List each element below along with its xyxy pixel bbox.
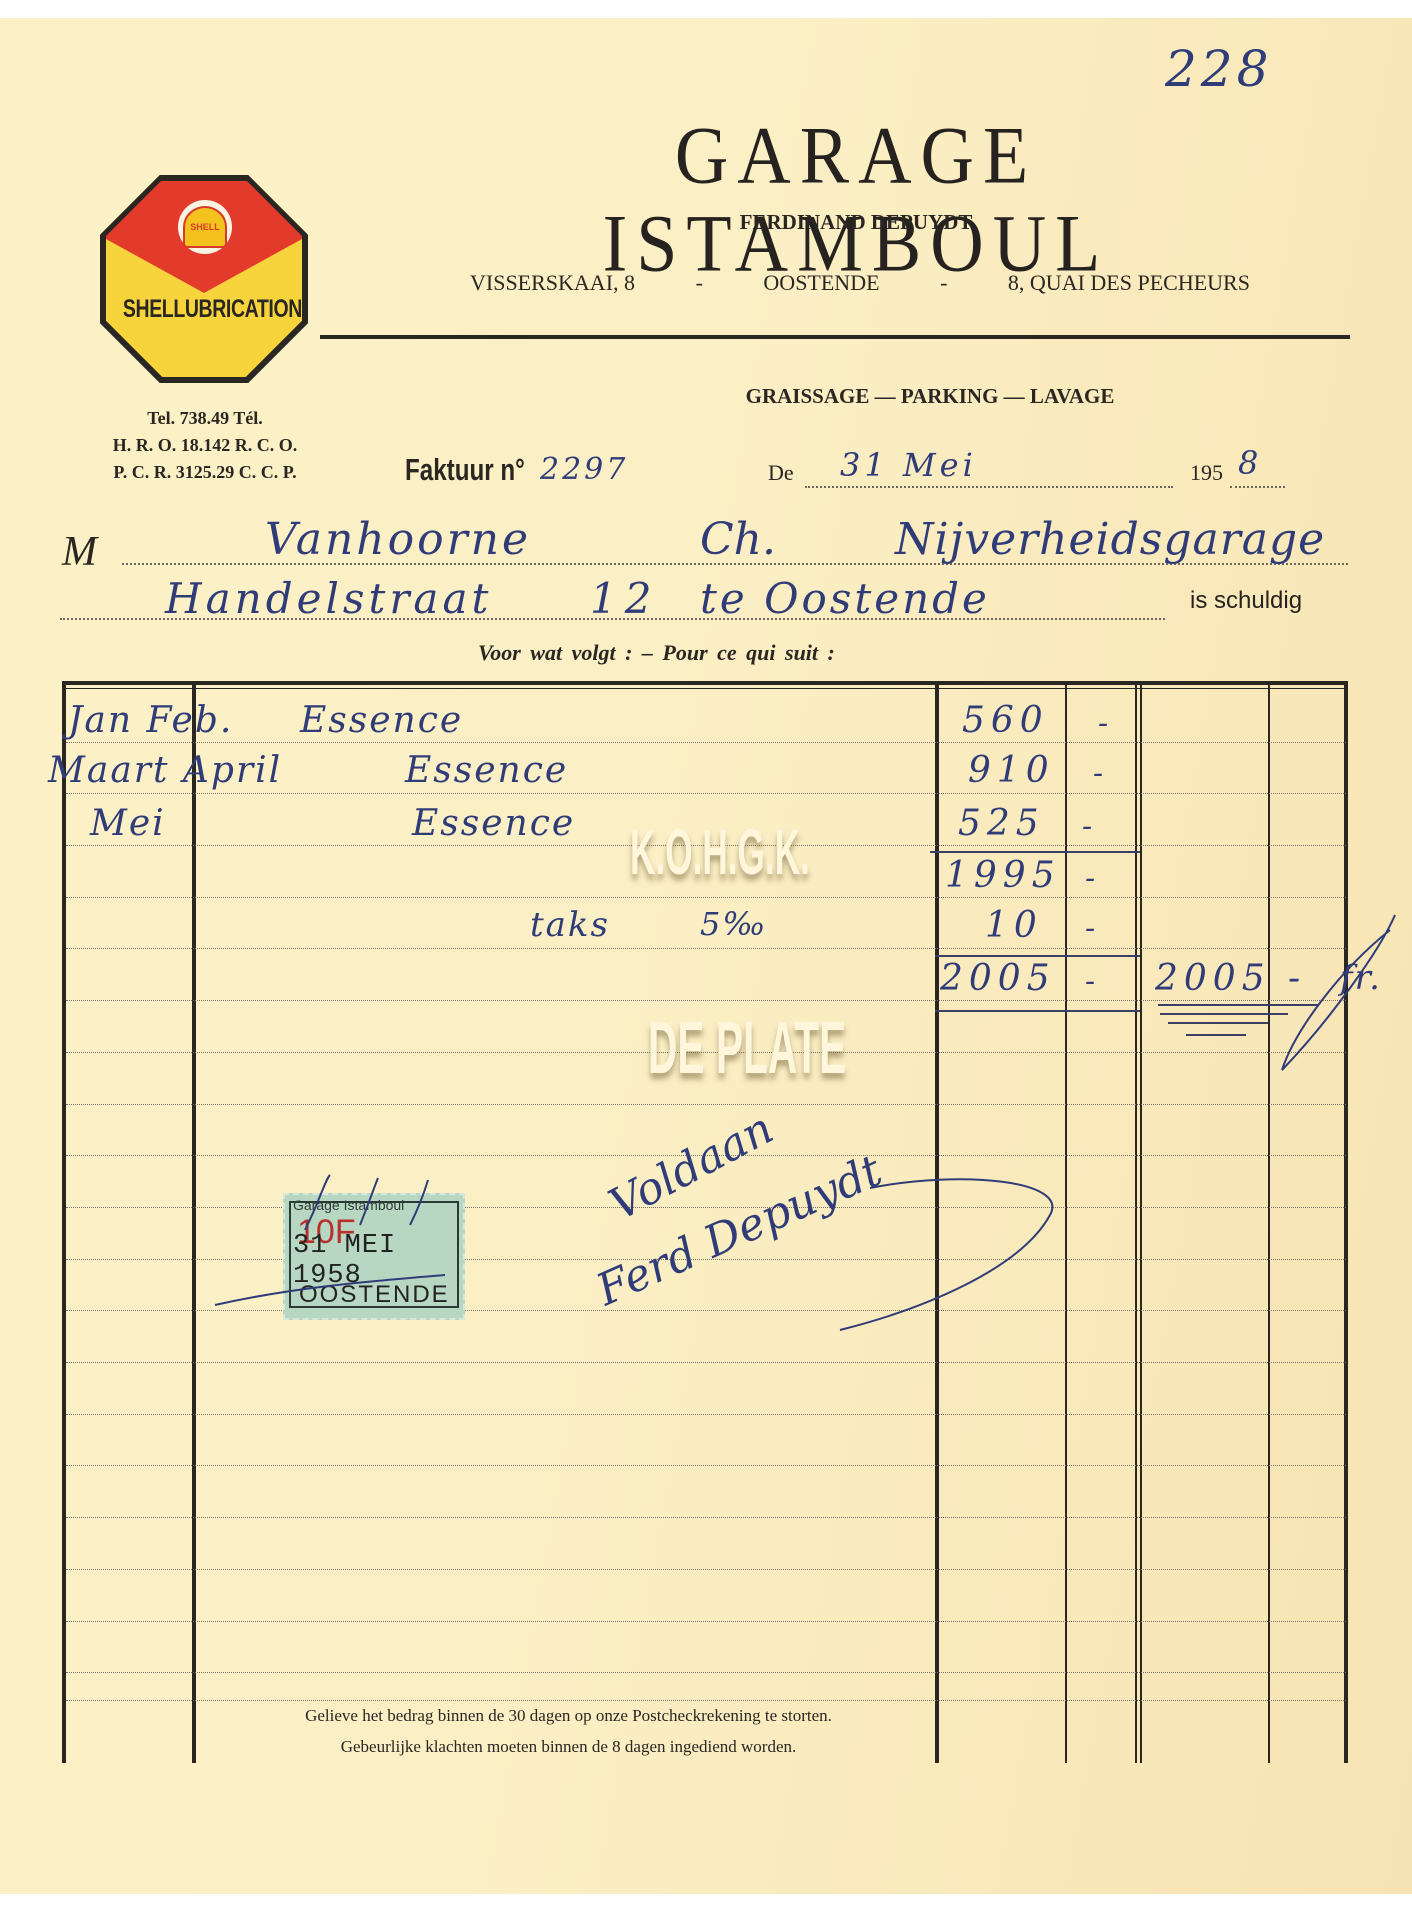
header-divider bbox=[320, 335, 1350, 339]
item-amount: 560 bbox=[962, 700, 1049, 741]
item-amount: 525 bbox=[958, 803, 1045, 844]
tax-label: taks bbox=[530, 905, 610, 945]
total-amount: 2005 bbox=[940, 958, 1056, 999]
item-amount: 910 bbox=[968, 750, 1055, 791]
customer-street: Handelstraat bbox=[165, 574, 492, 623]
owes-label: is schuldig bbox=[1190, 587, 1302, 615]
table-left-border bbox=[62, 685, 66, 1763]
total-cents: - bbox=[1085, 964, 1095, 999]
item-cents: - bbox=[1098, 706, 1108, 741]
address-sep: - bbox=[940, 270, 947, 296]
services-tagline: GRAISSAGE — PARKING — LAVAGE bbox=[680, 384, 1180, 409]
stamp-cancellation-scribble-icon bbox=[210, 1170, 500, 1330]
company-name: GARAGE ISTAMBOUL bbox=[470, 112, 1242, 288]
column-divider-period bbox=[192, 685, 196, 1763]
table-top-border bbox=[62, 681, 1348, 685]
contact-block: Tel. 738.49 Tél. H. R. O. 18.142 R. C. O… bbox=[55, 405, 355, 486]
ruled-line bbox=[66, 1104, 1346, 1105]
item-period: Mei bbox=[90, 803, 166, 844]
item-period: Maart April bbox=[48, 750, 282, 791]
item-description: Essence bbox=[300, 700, 463, 741]
shellubrication-logo: SHELL SHELLUBRICATION bbox=[100, 175, 308, 383]
subtotal-rule bbox=[930, 851, 1140, 853]
subtotal-cents: - bbox=[1085, 861, 1095, 896]
item-description: Essence bbox=[405, 750, 568, 791]
watermark-de-plate: DE PLATE bbox=[648, 1005, 846, 1090]
tax-rate: 5‰ bbox=[700, 905, 767, 943]
company-address: VISSERSKAAI, 8 - OOSTENDE - 8, QUAI DES … bbox=[470, 270, 1250, 296]
phone: Tel. 738.49 Tél. bbox=[55, 405, 355, 432]
ruled-line bbox=[66, 1517, 1346, 1518]
address-street: VISSERSKAAI, 8 bbox=[470, 270, 635, 296]
column-divider-total-cents bbox=[1268, 685, 1270, 1763]
ruled-line bbox=[66, 1672, 1346, 1673]
year-suffix: 8 bbox=[1238, 444, 1258, 482]
customer-company-mark: Ch. bbox=[700, 514, 776, 565]
payment-terms: Gelieve het bedrag binnen de 30 dagen op… bbox=[200, 1700, 937, 1762]
signature-flourish-icon bbox=[600, 1160, 1070, 1360]
ruled-line bbox=[66, 1465, 1346, 1466]
item-cents: - bbox=[1082, 809, 1092, 844]
year-prefix: 195 bbox=[1190, 460, 1223, 486]
owner-name: FERDINAND DEPUYDT bbox=[620, 210, 1092, 235]
year-dotted-line bbox=[1230, 486, 1285, 488]
items-intro: Voor wat volgt : – Pour ce qui suit : bbox=[478, 640, 835, 666]
item-description: Essence bbox=[412, 803, 575, 844]
table-top-border-inner bbox=[62, 688, 1348, 689]
tax-amount: 10 bbox=[985, 905, 1043, 946]
ruled-line bbox=[66, 1362, 1346, 1363]
customer-business: Nijverheidsgarage bbox=[895, 514, 1325, 565]
table-right-border bbox=[1344, 685, 1348, 1763]
address-sep: - bbox=[696, 270, 703, 296]
logo-text: SHELLUBRICATION bbox=[123, 295, 285, 324]
ruled-line bbox=[66, 897, 1346, 898]
address-street-fr: 8, QUAI DES PECHEURS bbox=[1008, 270, 1250, 296]
ruled-line bbox=[66, 1621, 1346, 1622]
payment-terms-line-1: Gelieve het bedrag binnen de 30 dagen op… bbox=[200, 1700, 937, 1731]
subtotal-amount: 1995 bbox=[945, 855, 1061, 896]
item-period: Jan Feb. bbox=[68, 700, 233, 741]
customer-street-number: 12 bbox=[590, 574, 659, 623]
total-rule-bottom bbox=[935, 1010, 1140, 1012]
postal-account: P. C. R. 3125.29 C. C. P. bbox=[55, 459, 355, 486]
customer-city: te Oostende bbox=[700, 574, 990, 623]
grand-total-underline bbox=[1160, 1013, 1288, 1015]
invoice-date: 31 Mei bbox=[840, 446, 977, 484]
column-divider-double-b bbox=[1140, 685, 1142, 1763]
invoice-number: 2297 bbox=[540, 452, 628, 487]
salutation: M bbox=[62, 528, 97, 576]
shell-emblem-icon: SHELL bbox=[178, 200, 232, 254]
column-divider-double-a bbox=[1135, 685, 1137, 1763]
date-dotted-line bbox=[805, 486, 1173, 488]
date-label: De bbox=[768, 460, 794, 486]
ruled-line bbox=[66, 742, 1346, 743]
address-city: OOSTENDE bbox=[763, 270, 879, 296]
payment-terms-line-2: Gebeurlijke klachten moeten binnen de 8 … bbox=[200, 1731, 937, 1762]
total-rule-top bbox=[935, 955, 1140, 957]
invoice-number-label: Faktuur n° bbox=[405, 452, 559, 488]
ruled-line bbox=[66, 948, 1346, 949]
grand-total-underline bbox=[1168, 1022, 1268, 1024]
currency-flourish-icon bbox=[1270, 910, 1400, 1080]
customer-name: Vanhoorne bbox=[265, 514, 531, 565]
ruled-line bbox=[66, 1414, 1346, 1415]
ruled-line bbox=[66, 793, 1346, 794]
trade-register: H. R. O. 18.142 R. C. O. bbox=[55, 432, 355, 459]
item-cents: - bbox=[1093, 756, 1103, 791]
handwritten-reference: 228 bbox=[1165, 40, 1272, 98]
watermark-kohgk: K.O.H.G.K. bbox=[630, 815, 810, 889]
tax-cents: - bbox=[1085, 911, 1095, 946]
grand-total-underline bbox=[1186, 1034, 1246, 1036]
ruled-line bbox=[66, 1569, 1346, 1570]
ruled-line bbox=[66, 1000, 1346, 1001]
